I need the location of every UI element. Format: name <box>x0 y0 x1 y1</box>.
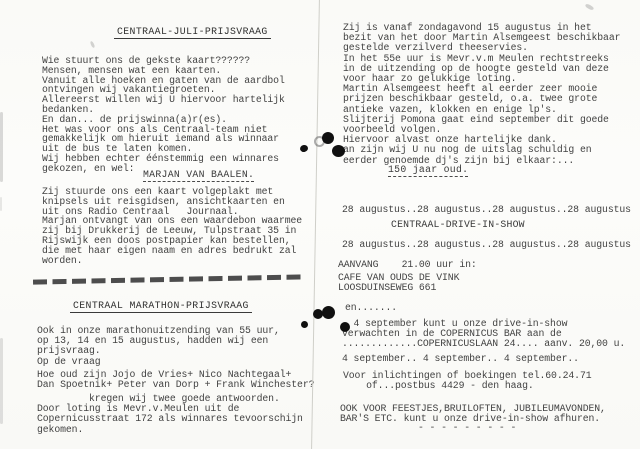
scan-edge-mark <box>0 338 3 424</box>
age-line: 150 jaar oud. <box>388 165 468 177</box>
juli-prijsvraag-paragraph: Wie stuurt ons de gekste kaart?????? Men… <box>42 56 285 174</box>
ink-blot <box>340 322 350 332</box>
scan-edge-mark <box>0 197 2 211</box>
marathon-answer: kregen wij twee goede antwoorden. Door l… <box>37 394 303 435</box>
scanned-newsletter-page: CENTRAAL-JULI-PRIJSVRAAG Wie stuurt ons … <box>0 0 640 449</box>
winner-name: MARJAN VAN BAALEN. <box>143 170 254 182</box>
augustus-repeat-line-2: 28 augustus..28 augustus..28 augustus..2… <box>342 240 631 250</box>
september-repeat-line: 4 september.. 4 september.. 4 september.… <box>342 354 579 364</box>
dashed-divider <box>33 274 305 284</box>
ink-blot <box>301 321 308 328</box>
left-page: CENTRAAL-JULI-PRIJSVRAAG Wie stuurt ons … <box>0 0 318 449</box>
drive-in-show-title: CENTRAAL-DRIVE-IN-SHOW <box>391 220 525 230</box>
right-page: Zij is vanaf zondagavond 15 augustus in … <box>318 0 640 449</box>
marathon-question: Hoe oud zijn Jojo de Vries+ Nico Nachteg… <box>37 370 314 390</box>
ink-blot <box>322 306 335 319</box>
section-title-marathon-prijsvraag: CENTRAAL MARATHON-PRIJSVRAAG <box>70 301 252 313</box>
end-dashes: - - - - - - - - - <box>418 423 516 433</box>
ink-blot <box>322 132 334 144</box>
section-title-juli-prijsvraag: CENTRAAL-JULI-PRIJSVRAAG <box>114 27 271 39</box>
winner-prize-paragraph: Zij is vanaf zondagavond 15 augustus in … <box>343 23 620 166</box>
september-announcement: 4 september kunt u onze drive-in-show ve… <box>342 319 625 350</box>
juli-prijsvraag-prize-paragraph: Zij stuurde ons een kaart volgeplakt met… <box>42 187 302 265</box>
scan-edge-mark <box>0 112 3 182</box>
venue-address: CAFE VAN OUDS DE VINK LOOSDUINSEWEG 661 <box>338 273 459 293</box>
aanvang-line: AANVANG 21.00 uur in: <box>338 260 477 270</box>
en-dots-line: en....... <box>345 303 397 313</box>
augustus-repeat-line-1: 28 augustus..28 augustus..28 augustus..2… <box>342 205 631 215</box>
booking-info-line: Voor inlichtingen of boekingen tel.60.24… <box>343 371 592 391</box>
ink-blot <box>332 145 345 157</box>
marathon-paragraph: Ook in onze marathonuitzending van 55 uu… <box>37 326 280 367</box>
